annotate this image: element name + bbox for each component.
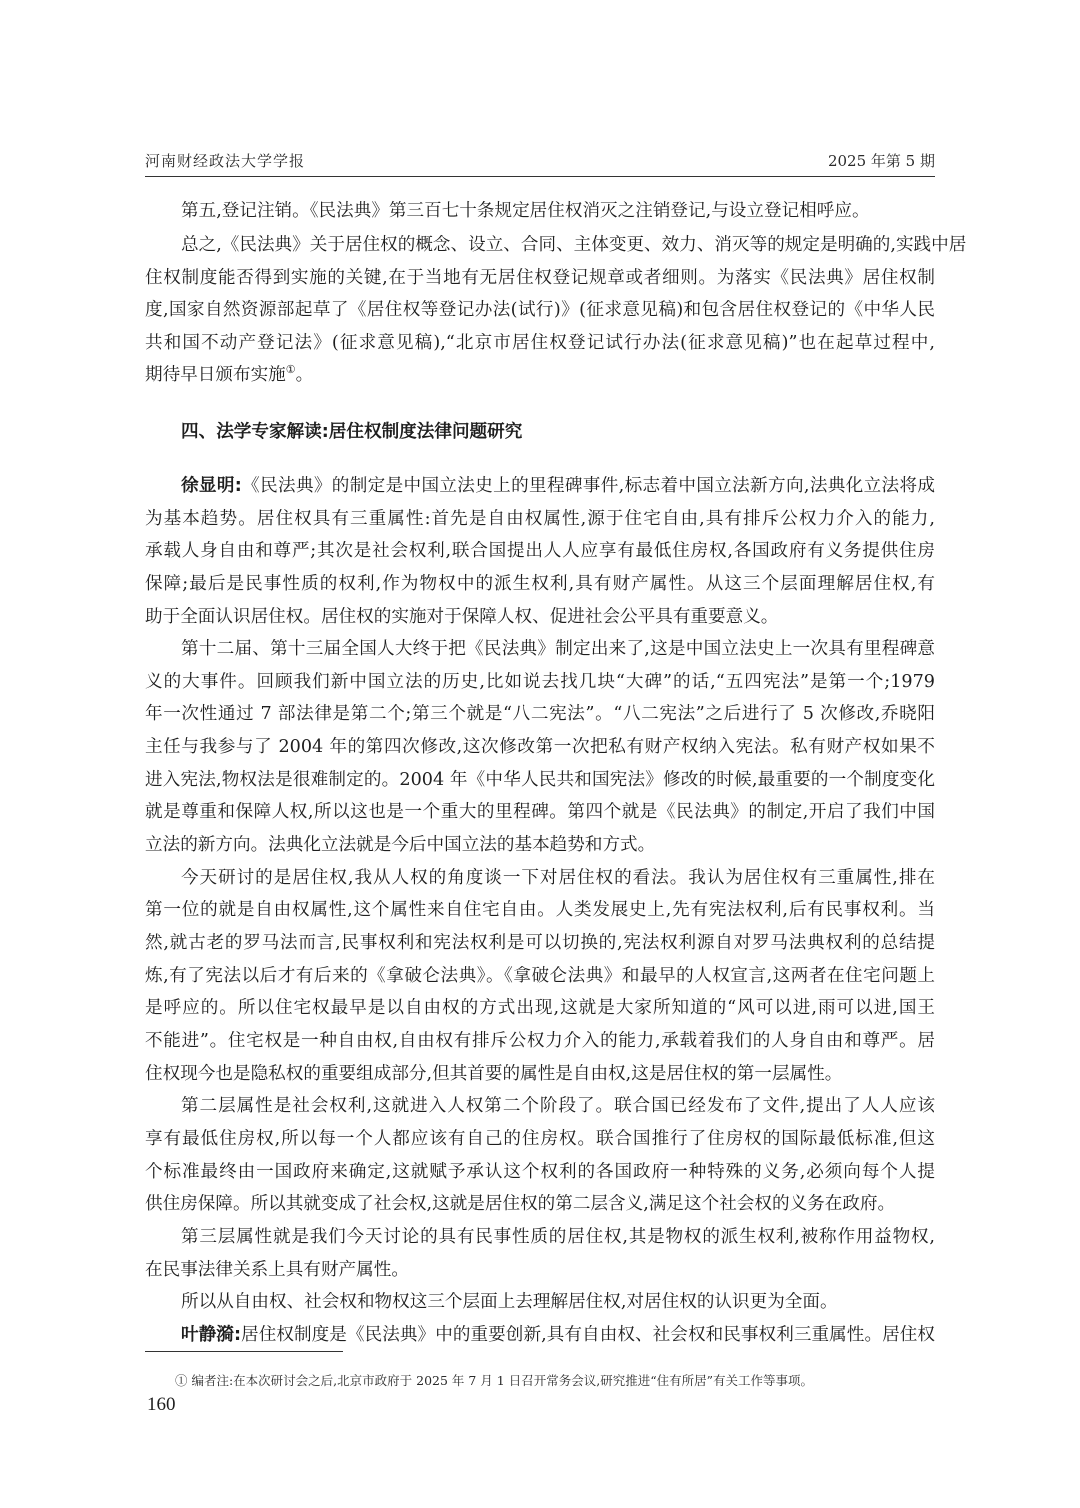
text-span: 居住权制度是《民法典》中的重要创新,具有自由权、社会权和民事权利三重属性。居住权 — [241, 1325, 935, 1345]
text-line: 为基本趋势。居住权具有三重属性:首先是自由权属性,源于住宅自由,具有排斥公权力介… — [145, 507, 935, 531]
running-header: 河南财经政法大学学报 2025 年第 5 期 — [145, 148, 935, 172]
text-line: 供住房保障。所以其就变成了社会权,这就是居住权的第二层含义,满足这个社会权的义务… — [145, 1192, 935, 1216]
text-line: 期待早日颁布实施①。 — [145, 363, 935, 387]
footnote-reference[interactable]: ① — [286, 363, 296, 376]
text-line: 义的大事件。回顾我们新中国立法的历史,比如说去找几块“大碑”的话,“五四宪法”是… — [145, 670, 935, 694]
text-line: 第二层属性是社会权利,这就进入人权第二个阶段了。联合国已经发布了文件,提出了人人… — [181, 1094, 935, 1118]
text-span: 。 — [296, 365, 314, 385]
text-line: 进入宪法,物权法是很难制定的。2004 年《中华人民共和国宪法》修改的时候,最重… — [145, 768, 935, 792]
text-line: 不能进”。住宅权是一种自由权,自由权有排斥公权力介入的能力,承载着我们的人身自由… — [145, 1029, 935, 1053]
text-line: 叶静漪:居住权制度是《民法典》中的重要创新,具有自由权、社会权和民事权利三重属性… — [181, 1323, 935, 1347]
text-line: 徐显明:《民法典》的制定是中国立法史上的里程碑事件,标志着中国立法新方向,法典化… — [181, 474, 935, 498]
text-line: 住权现今也是隐私权的重要组成部分,但其首要的属性是自由权,这是居住权的第一层属性… — [145, 1062, 935, 1086]
text-line: 就是尊重和保障人权,所以这也是一个重大的里程碑。第四个就是《民法典》的制定,开启… — [145, 800, 935, 824]
footnote: ① 编者注:在本次研讨会之后,北京市政府于 2025 年 7 月 1 日召开常务… — [175, 1372, 813, 1390]
issue-label: 2025 年第 5 期 — [828, 150, 935, 171]
text-span: 《民法典》的制定是中国立法史上的里程碑事件,标志着中国立法新方向,法典化立法将成 — [242, 476, 935, 496]
speaker-name: 叶静漪: — [181, 1325, 241, 1345]
text-line: 所以从自由权、社会权和物权这三个层面上去理解居住权,对居住权的认识更为全面。 — [181, 1290, 935, 1314]
text-line: 立法的新方向。法典化立法就是今后中国立法的基本趋势和方式。 — [145, 833, 935, 857]
text-line: 在民事法律关系上具有财产属性。 — [145, 1258, 935, 1282]
text-line: 是呼应的。所以住宅权最早是以自由权的方式出现,这就是大家所知道的“风可以进,雨可… — [145, 996, 935, 1020]
text-line: 第五,登记注销。《民法典》第三百七十条规定居住权消灭之注销登记,与设立登记相呼应… — [181, 199, 935, 223]
footnote-rule — [145, 1351, 343, 1352]
text-line: 承载人身自由和尊严;其次是社会权利,联合国提出人人应享有最低住房权,各国政府有义… — [145, 539, 935, 563]
text-line: 住权制度能否得到实施的关键,在于当地有无居住权登记规章或者细则。为落实《民法典》… — [145, 266, 935, 290]
text-line: 总之,《民法典》关于居住权的概念、设立、合同、主体变更、效力、消灭等的规定是明确… — [181, 233, 935, 257]
text-line: 今天研讨的是居住权,我从人权的角度谈一下对居住权的看法。我认为居住权有三重属性,… — [181, 866, 935, 890]
text-line: 第三层属性就是我们今天讨论的具有民事性质的居住权,其是物权的派生权利,被称作用益… — [181, 1225, 935, 1249]
text-line: 助于全面认识居住权。居住权的实施对于保障人权、促进社会公平具有重要意义。 — [145, 605, 935, 629]
journal-title: 河南财经政法大学学报 — [145, 150, 305, 171]
text-line: 第十二届、第十三届全国人大终于把《民法典》制定出来了,这是中国立法史上一次具有里… — [181, 637, 935, 661]
text-line: 第一位的就是自由权属性,这个属性来自住宅自由。人类发展史上,先有宪法权利,后有民… — [145, 898, 935, 922]
journal-page: 河南财经政法大学学报 2025 年第 5 期 第五,登记注销。《民法典》第三百七… — [0, 0, 1080, 1508]
text-line: 度,国家自然资源部起草了《居住权等登记办法(试行)》(征求意见稿)和包含居住权登… — [145, 298, 935, 322]
section-heading: 四、法学专家解读:居住权制度法律问题研究 — [181, 420, 522, 444]
header-rule — [145, 176, 935, 177]
text-line: 个标准最终由一国政府来确定,这就赋予承认这个权利的各国政府一种特殊的义务,必须向… — [145, 1160, 935, 1184]
text-line: 享有最低住房权,所以每一个人都应该有自己的住房权。联合国推行了住房权的国际最低标… — [145, 1127, 935, 1151]
text-line: 炼,有了宪法以后才有后来的《拿破仑法典》。《拿破仑法典》和最早的人权宣言,这两者… — [145, 964, 935, 988]
page-number: 160 — [147, 1393, 176, 1417]
speaker-name: 徐显明: — [181, 476, 242, 496]
text-line: 主任与我参与了 2004 年的第四次修改,这次修改第一次把私有财产权纳入宪法。私… — [145, 735, 935, 759]
text-span: 期待早日颁布实施 — [145, 365, 286, 385]
text-line: 保障;最后是民事性质的权利,作为物权中的派生权利,具有财产属性。从这三个层面理解… — [145, 572, 935, 596]
text-line: 年一次性通过 7 部法律是第二个;第三个就是“八二宪法”。“八二宪法”之后进行了… — [145, 702, 935, 726]
text-line: 共和国不动产登记法》(征求意见稿),“北京市居住权登记试行办法(征求意见稿)”也… — [145, 331, 935, 355]
text-line: 然,就古老的罗马法而言,民事权利和宪法权利是可以切换的,宪法权利源自对罗马法典权… — [145, 931, 935, 955]
